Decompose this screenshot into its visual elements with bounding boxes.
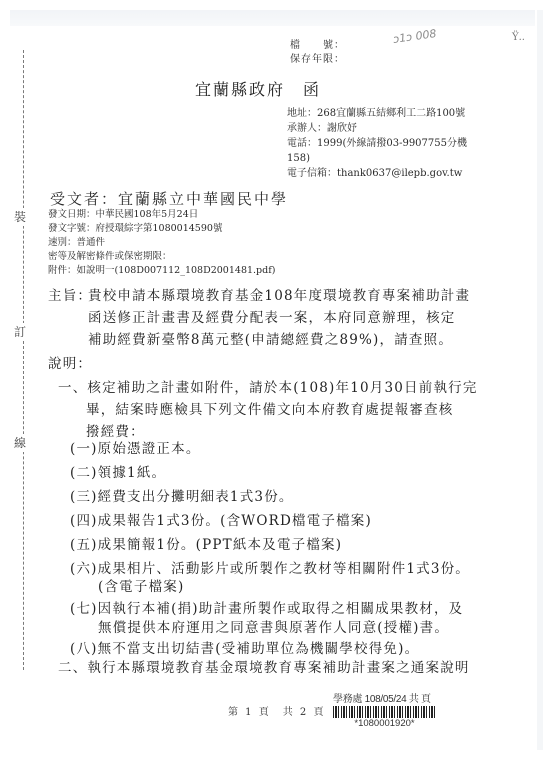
subitem: (一)原始憑證正本。 [70, 437, 201, 457]
subject-line: 貴校申請本縣環境教育基金108年度環境教育專案補助計畫 [88, 284, 470, 304]
barcode-number: *1080001920* [333, 718, 436, 730]
subject-line: 函送修正計畫書及經費分配表一案，本府同意辦理，核定 [88, 306, 456, 326]
email: 電子信箱：thank0637@ilepb.gov.tw [287, 166, 462, 181]
issue-date: 發文日期：中華民國108年5月24日 [48, 208, 198, 222]
binding-mark-zhuang: 裝 [14, 208, 26, 226]
page-info: 第 1 頁 共 2 頁 [228, 703, 325, 718]
binding-mark-xian: 線 [14, 434, 26, 452]
handler: 承辦人：謝欣妤 [287, 121, 357, 136]
subject-line: 補助經費新臺幣8萬元整(申請總經費之89%)，請查照。 [88, 328, 453, 348]
subject-label: 主旨： [48, 284, 92, 304]
subitem: (七)因執行本補(捐)助計畫所製作或取得之相關成果教材，及 [70, 597, 463, 617]
file-number-label: 檔 號： [290, 39, 345, 53]
subitem: (三)經費支出分攤明細表1式3份。 [70, 485, 294, 505]
subitem: (四)成果報告1式3份。(含WORD檔電子檔案) [70, 509, 372, 529]
security-level: 密等及解密條件或保密期限： [48, 250, 172, 264]
address: 地址：268宜蘭縣五結鄉利工二路100號 [287, 106, 465, 121]
subitem: (五)成果簡報1份。(PPT紙本及電子檔案) [70, 533, 342, 553]
doc-number: 發文字號：府授環綜字第1080014590號 [48, 222, 222, 236]
barcode-stamp-label: 學務處 108/05/24 共 頁 [333, 694, 436, 706]
explanation-label: 說明： [48, 352, 92, 372]
document-title: 宜蘭縣政府 函 [195, 77, 321, 100]
retention-label: 保存年限： [290, 53, 345, 67]
subitem: (二)領據1紙。 [70, 461, 166, 481]
binding-line [23, 50, 24, 670]
speed: 速別：普通件 [48, 236, 105, 250]
subitem-cont: (含電子檔案) [98, 575, 184, 595]
subitem: (八)無不當支出切結書(受補助單位為機關學校得免)。 [70, 637, 419, 657]
explanation-item-1-cont: 畢，結案時應檢具下列文件備文向本府教育處提報審查核 [86, 398, 454, 418]
scan-shadow [10, 10, 535, 26]
barcode [333, 706, 436, 718]
phone: 電話：1999(外線請撥03-9907755分機 [287, 136, 467, 151]
binding-mark-ding: 訂 [14, 323, 26, 341]
recipient: 受文者：宜蘭縣立中華國民中學 [50, 188, 288, 209]
handwritten-note: ɔ1ɔ 008 [392, 27, 437, 46]
phone-ext: 158) [287, 151, 310, 166]
barcode-stamp: 學務處 108/05/24 共 頁 *1080001920* [333, 694, 436, 730]
document-page: 裝 訂 線 檔 號： 保存年限： ɔ1ɔ 008 Ϋ.. 宜蘭縣政府 函 地址：… [0, 0, 543, 768]
scan-edge [537, 10, 543, 750]
explanation-item-1: 一、核定補助之計畫如附件，請於本(108)年10月30日前執行完 [58, 376, 478, 396]
corner-mark: Ϋ.. [512, 32, 525, 43]
subitem-cont: 無償提供本府運用之同意書與原著作人同意(授權)書。 [98, 616, 449, 636]
subitem: (六)成果相片、活動影片或所製作之教材等相關附件1式3份。 [70, 557, 470, 577]
explanation-item-2: 二、執行本縣環境教育基金環境教育專案補助計畫案之通案說明 [58, 656, 470, 676]
attachment: 附件：如說明一(108D007112_108D2001481.pdf) [48, 264, 275, 278]
